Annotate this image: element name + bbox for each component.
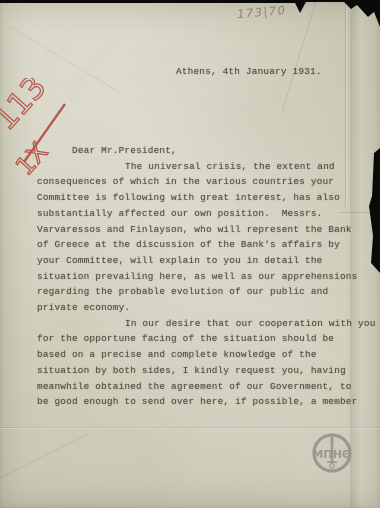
typed-line: regarding the probable evolution of our … bbox=[37, 284, 359, 300]
typed-line: Committee is following with great intere… bbox=[37, 190, 359, 206]
red-initials: 1X bbox=[10, 137, 54, 181]
red-pencil-annotation: 113 1X bbox=[0, 78, 100, 190]
typed-line: based on a precise and complete knowledg… bbox=[37, 347, 359, 363]
typed-line: your Committee, will explain to you in d… bbox=[37, 253, 359, 269]
archive-number-annotation: 173|70 bbox=[236, 3, 287, 21]
typed-line: for the opportune facing of the situatio… bbox=[37, 331, 359, 347]
dateline: Athens, 4th January 1931. bbox=[176, 66, 322, 77]
typed-line: private economy. bbox=[37, 300, 359, 316]
typed-line: situation by both sides, I kindly reques… bbox=[37, 363, 359, 379]
typed-line: situation prevailing here, as well as ou… bbox=[37, 269, 359, 285]
typed-line: substantially affected our own position.… bbox=[37, 206, 359, 222]
salutation: Dear Mr.President, bbox=[72, 143, 359, 159]
crease-line bbox=[281, 0, 318, 113]
stamp-monogram-right: ΗΘ bbox=[333, 448, 352, 461]
typed-line: of Greece at the discussion of the Bank'… bbox=[37, 237, 359, 253]
scanned-letter: 173|70 Athens, 4th January 1931. Dear Mr… bbox=[0, 0, 380, 508]
crease-line bbox=[0, 432, 90, 483]
archive-stamp-icon: ε ΜΠ ΗΘ bbox=[310, 431, 354, 475]
red-number: 113 bbox=[0, 78, 54, 137]
typed-line: In our desire that our cooperation with … bbox=[37, 316, 359, 332]
stamp-monogram-left: ΜΠ bbox=[312, 448, 332, 461]
stamp-top-glyph: ε bbox=[330, 436, 334, 445]
typed-line: Varvaressos and Finlayson, who will repr… bbox=[37, 222, 359, 238]
crease-line bbox=[0, 427, 380, 428]
letter-page: 173|70 Athens, 4th January 1931. Dear Mr… bbox=[0, 0, 380, 508]
typed-line: be good enough to send over here, if pos… bbox=[37, 394, 359, 410]
typed-line: meanwhile obtained the agreement of our … bbox=[37, 379, 359, 395]
